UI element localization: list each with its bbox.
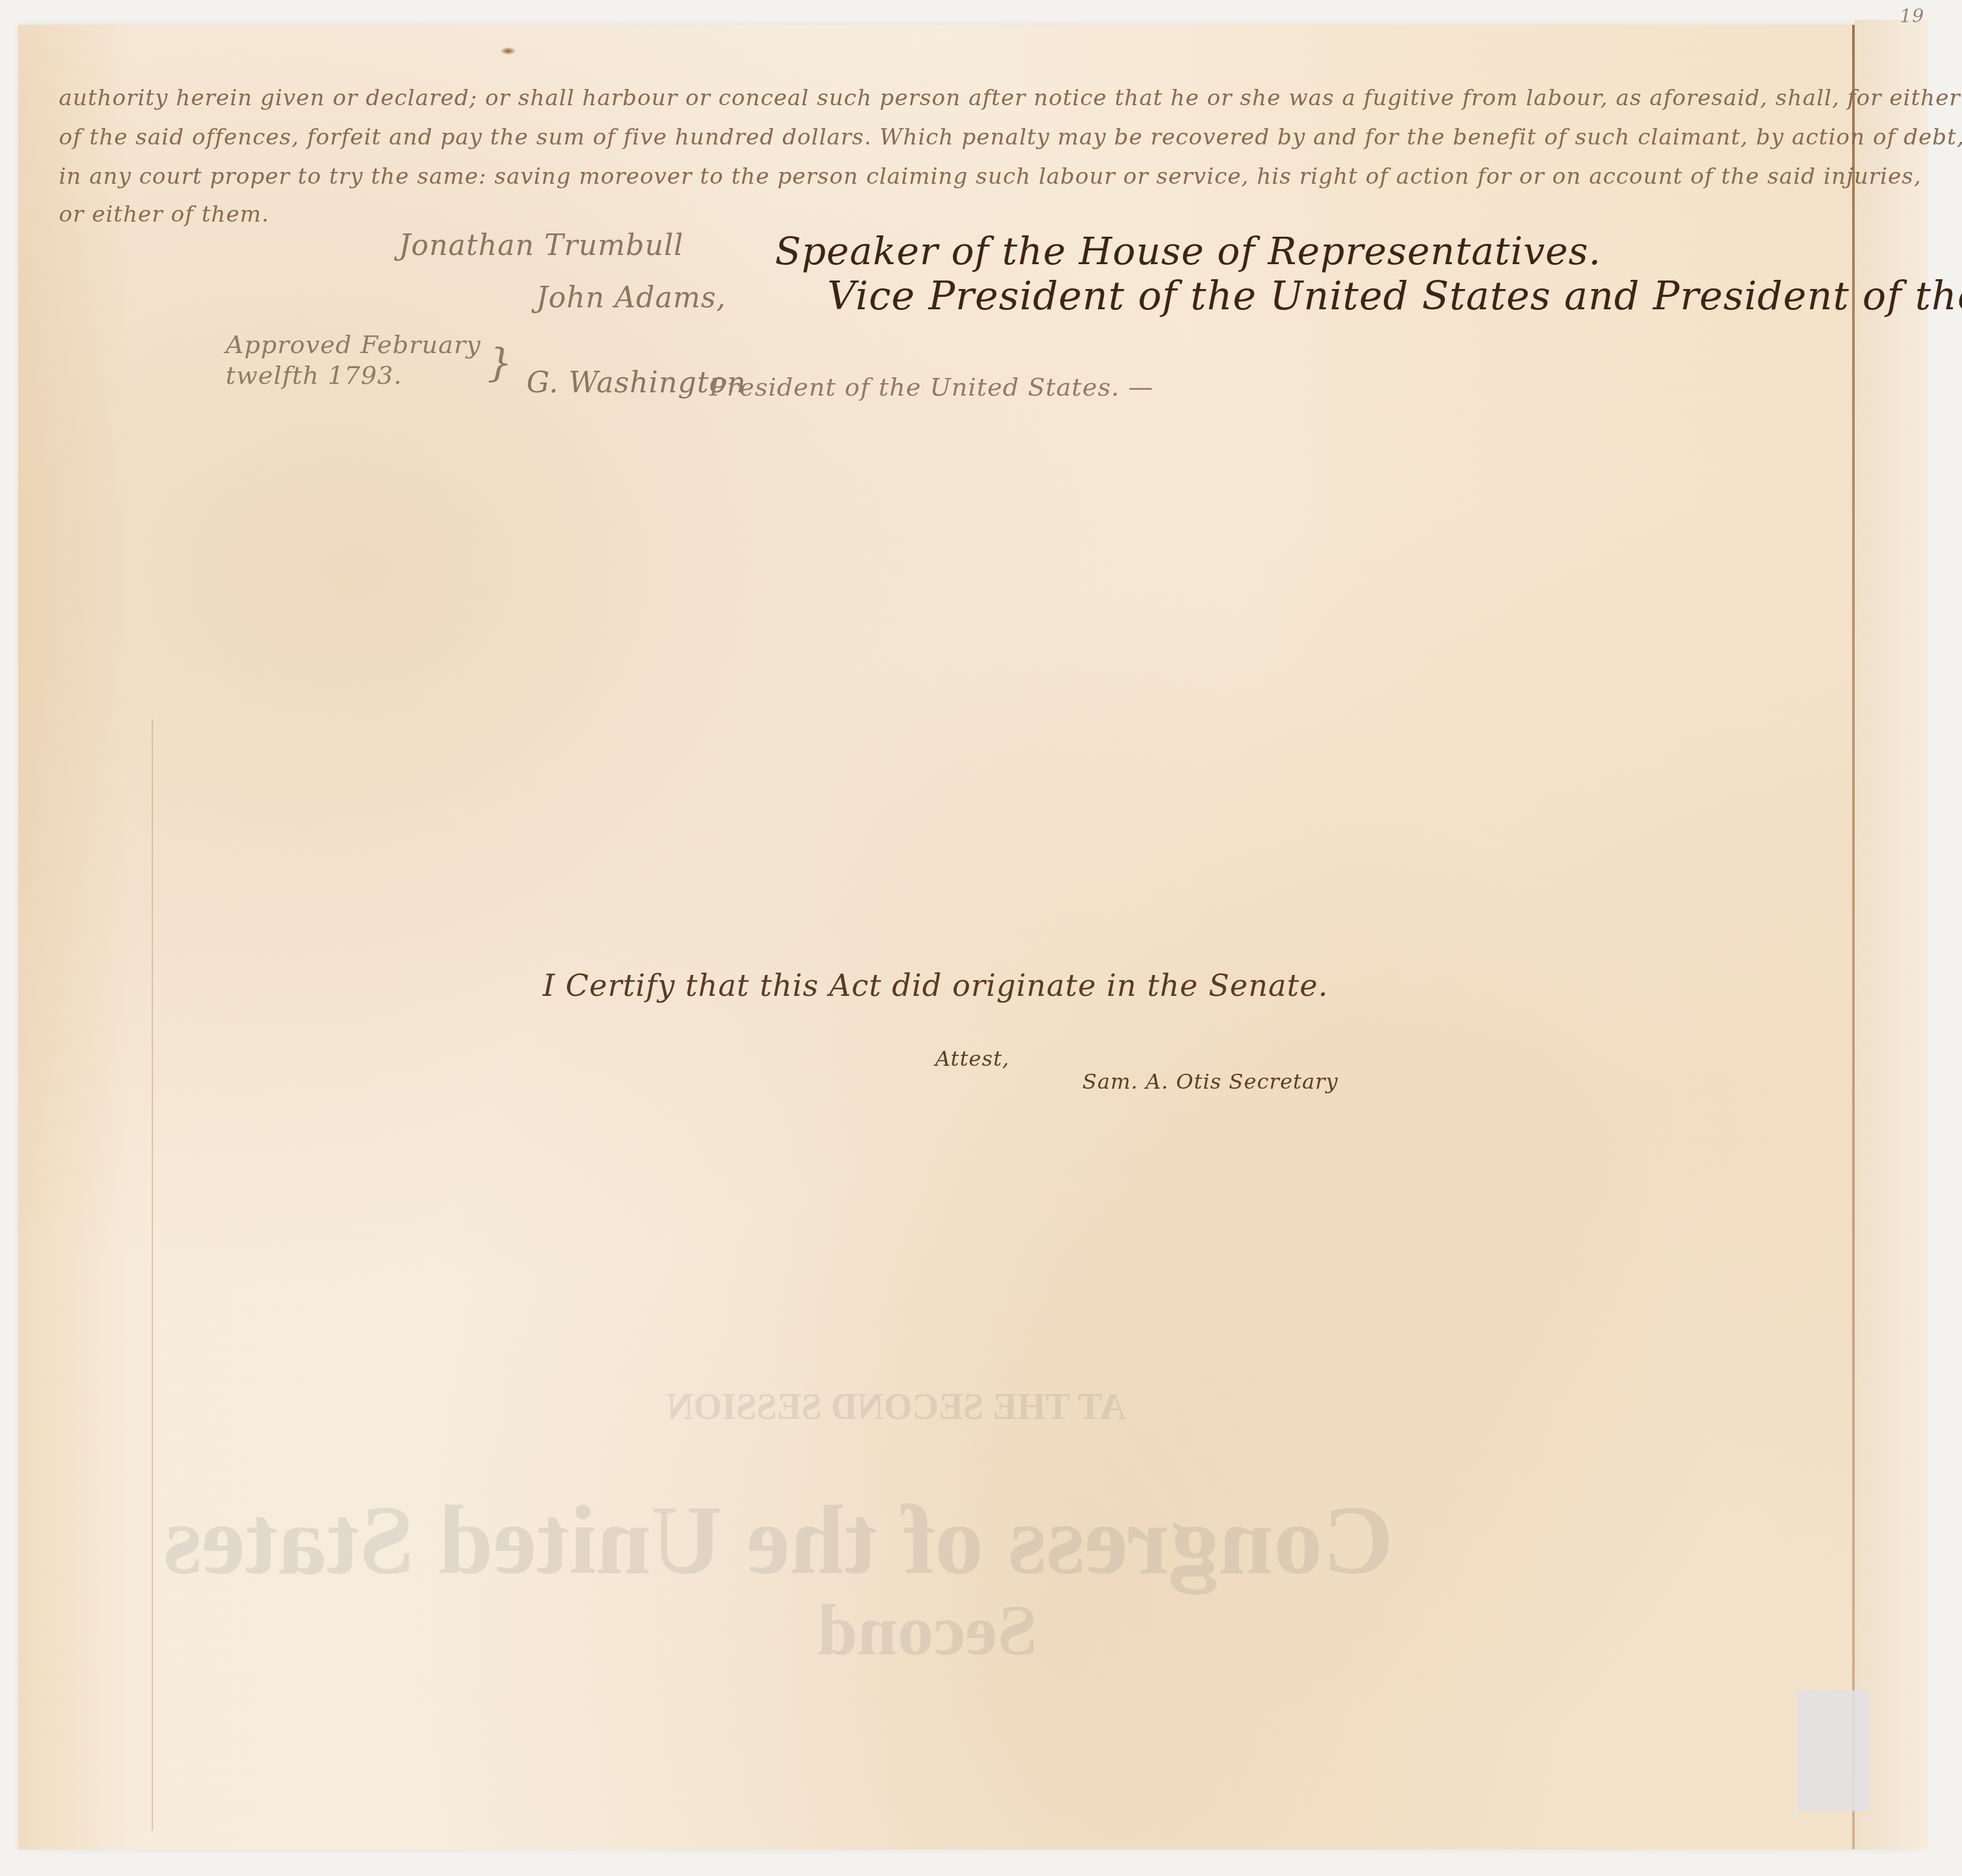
vp-signature: John Adams, [536,281,726,315]
left-crease [152,719,153,1831]
vp-title: Vice President of the United States and … [827,273,1962,319]
approval-brace: } [487,340,513,386]
speaker-title: Speaker of the House of Representatives. [775,229,1602,273]
body-line-2: of the said offences, forfeit and pay th… [59,124,1962,150]
body-line-3: in any court proper to try the same: sav… [59,163,1921,190]
speaker-signature: Jonathan Trumbull [399,229,683,262]
bleed-through-line1: Congress of the United States [163,1484,1394,1597]
attest-label: Attest, [935,1046,1010,1071]
secretary-signature: Sam. A. Otis Secretary [1082,1069,1338,1094]
body-line-1: authority herein given or declared; or s… [59,85,1961,111]
approval-note-line1: Approved February [226,330,481,359]
bleed-through-line2: AT THE SECOND SESSION [667,1386,1126,1428]
president-title: President of the United States. — [710,373,1154,401]
bleed-through-line3: Second [817,1589,1037,1672]
ink-spot [500,47,516,55]
conservation-tape [1797,1690,1869,1811]
approval-note-line2: twelfth 1793. [226,361,402,390]
certification-statement: I Certify that this Act did originate in… [543,968,1328,1003]
body-line-4: or either of them. [59,201,269,228]
page-number: 19 [1900,5,1925,27]
